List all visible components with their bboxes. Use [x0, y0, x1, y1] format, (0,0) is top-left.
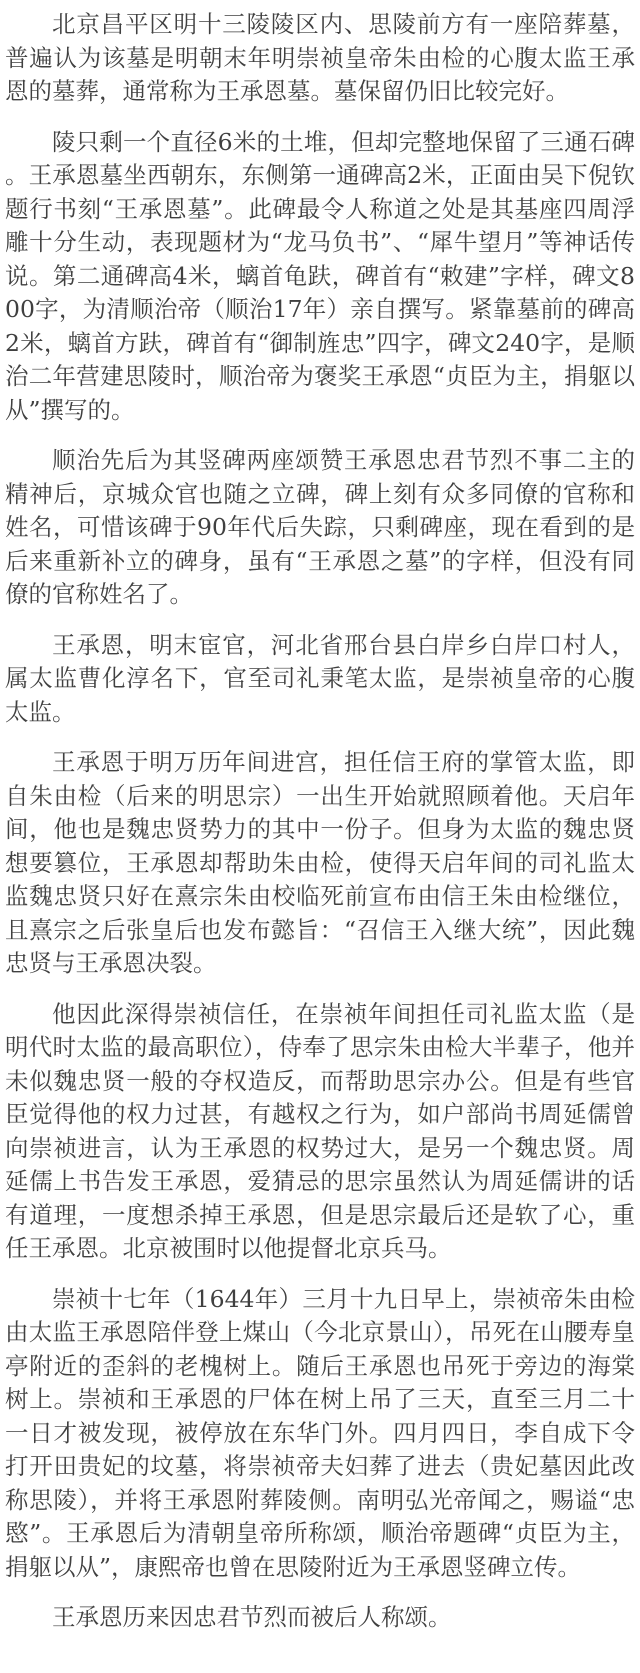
- paragraph: 他因此深得崇祯信任，在崇祯年间担任司礼监太监（是明代时太监的最高职位），侍奉了思…: [5, 998, 635, 1266]
- paragraph: 北京昌平区明十三陵陵区内、思陵前方有一座陪葬墓，普遍认为该墓是明朝末年明崇祯皇帝…: [5, 8, 635, 109]
- paragraph: 陵只剩一个直径6米的土堆，但却完整地保留了三通石碑。王承恩墓坐西朝东，东侧第一通…: [5, 126, 635, 428]
- paragraph: 崇祯十七年（1644年）三月十九日早上，崇祯帝朱由检由太监王承恩陪伴登上煤山（今…: [5, 1283, 635, 1585]
- paragraph: 王承恩于明万历年间进宫，担任信王府的掌管太监，即自朱由检（后来的明思宗）一出生开…: [5, 746, 635, 981]
- paragraph: 王承恩历来因忠君节烈而被后人称颂。: [5, 1601, 635, 1635]
- article-body: 北京昌平区明十三陵陵区内、思陵前方有一座陪葬墓，普遍认为该墓是明朝末年明崇祯皇帝…: [0, 0, 640, 1647]
- paragraph: 王承恩，明末宦官，河北省邢台县白岸乡白岸口村人，属太监曹化淳名下，官至司礼秉笔太…: [5, 629, 635, 730]
- paragraph: 顺治先后为其竖碑两座颂赞王承恩忠君节烈不事二主的精神后，京城众官也随之立碑，碑上…: [5, 444, 635, 612]
